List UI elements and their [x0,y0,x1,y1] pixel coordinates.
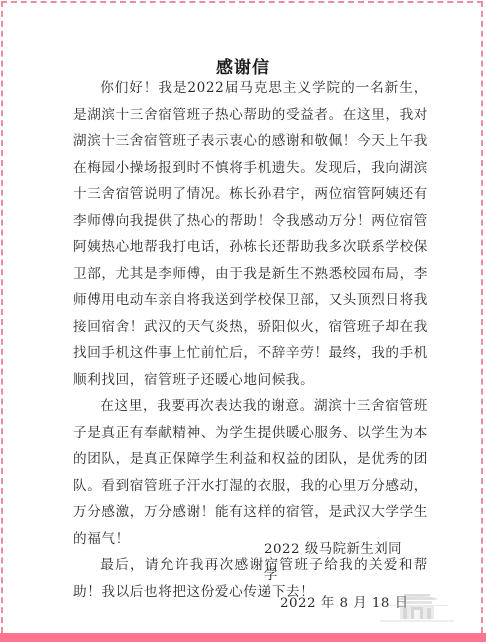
letter-body: 你们好！我是2022届马克思主义学院的一名新生，是湖滨十三舍宿管班子热心帮助的受… [73,75,428,605]
signature-name: 2022 级马院新生刘同学 [264,537,414,589]
paragraph-1: 你们好！我是2022届马克思主义学院的一名新生，是湖滨十三舍宿管班子热心帮助的受… [73,75,428,393]
bottom-color-bar [0,633,486,642]
campus-building-icon [380,590,454,626]
paragraph-2: 在这里，我要再次表达我的谢意。湖滨十三舍宿管班子是真正有奉献精神、为学生提供暖心… [73,393,428,552]
